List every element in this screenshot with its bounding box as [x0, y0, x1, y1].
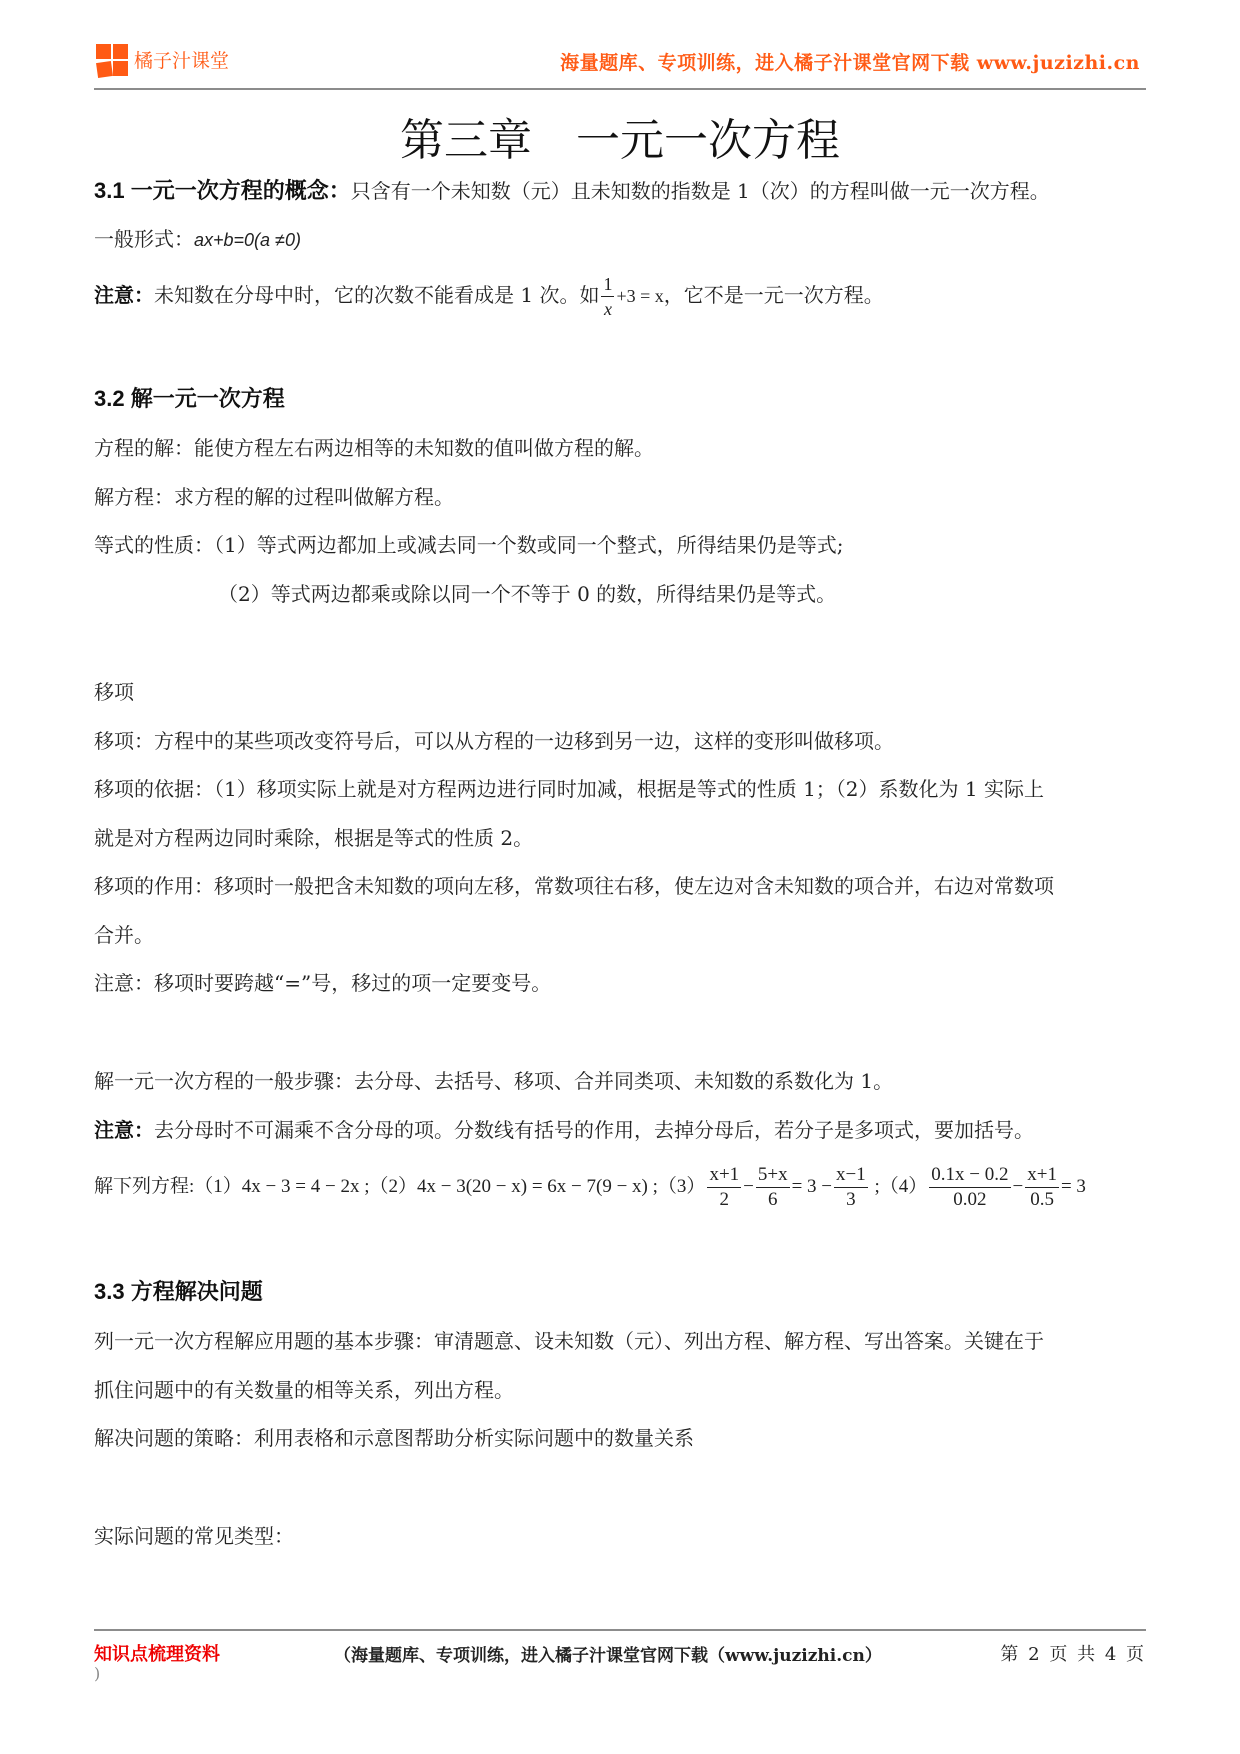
- exercise-3-fraction-2: 5+x6: [756, 1163, 790, 1212]
- logo-square: [113, 61, 128, 76]
- logo-square: [113, 44, 128, 59]
- exercise-4-fraction-1: 0.1x − 0.20.02: [929, 1163, 1010, 1212]
- section-3-1-heading: 3.1 一元一次方程的概念：: [94, 178, 351, 203]
- fraction-1-over-x: 1x: [601, 272, 614, 321]
- transpose-effect-1: 移项的作用：移项时一般把含未知数的项向左移，常数项往右移，使左边对含未知数的项合…: [94, 871, 1054, 901]
- total-pages: 4: [1105, 1644, 1116, 1665]
- section-3-3-heading: 3.3 方程解决问题: [94, 1279, 263, 1304]
- problem-types: 实际问题的常见类型：: [94, 1521, 294, 1551]
- exercise-4-tail: = 3: [1061, 1176, 1086, 1197]
- solution-definition: 方程的解：能使方程左右两边相等的未知数的值叫做方程的解。: [94, 433, 654, 463]
- note-text: 未知数在分母中时，它的次数不能看成是 1 次。如: [154, 283, 599, 307]
- exercise-3-number: （3）: [658, 1176, 706, 1197]
- exercise-3-middle: = 3 −: [792, 1176, 832, 1197]
- section-3-3-line: 3.3 方程解决问题: [94, 1277, 263, 1307]
- concept-definition: 只含有一个未知数（元）且未知数的指数是 1（次）的方程叫做一元一次方程。: [351, 179, 1050, 203]
- concept-line: 3.1 一元一次方程的概念：只含有一个未知数（元）且未知数的指数是 1（次）的方…: [94, 176, 1050, 206]
- transpose-note: 注意：移项时要跨越“=”号，移过的项一定要变号。: [94, 968, 551, 998]
- transpose-definition: 移项：方程中的某些项改变符号后，可以从方程的一边移到另一边，这样的变形叫做移项。: [94, 726, 894, 756]
- exercise-line: 解下列方程:（1）4x − 3 = 4 − 2x ;（2）4x − 3(20 −…: [94, 1162, 1086, 1212]
- exercise-4-number: （4）: [880, 1176, 928, 1197]
- solve-definition: 解方程：求方程的解的过程叫做解方程。: [94, 482, 454, 512]
- strategy: 解决问题的策略：利用表格和示意图帮助分析实际问题中的数量关系: [94, 1423, 694, 1453]
- page-indicator: 第 2 页 共 4 页: [1000, 1640, 1144, 1666]
- exercise-4-fraction-2: x+10.5: [1025, 1163, 1059, 1212]
- transpose-basis-2: 就是对方程两边同时乘除，根据是等式的性质 2。: [94, 823, 533, 853]
- exercise-label: 解下列方程:: [94, 1176, 194, 1197]
- section-3-2-heading: 3.2 解一元一次方程: [94, 386, 285, 411]
- transpose-basis-1: 移项的依据：（1）移项实际上就是对方程两边进行同时加减，根据是等式的性质 1；（…: [94, 774, 1044, 804]
- note-label: 注意：: [94, 285, 154, 307]
- brand-logo-icon: [96, 44, 130, 78]
- header-slogan: 海量题库、专项训练，进入橘子汁课堂官网下载 www.juzizhi.cn: [560, 48, 1140, 75]
- property-line-1: 等式的性质：（1）等式两边都加上或减去同一个数或同一个整式，所得结果仍是等式;: [94, 530, 843, 560]
- application-steps-1: 列一元一次方程解应用题的基本步骤：审清题意、设未知数（元）、列出方程、解方程、写…: [94, 1326, 1044, 1356]
- property-2: （2）等式两边都乘或除以同一个不等于 0 的数，所得结果仍是等式。: [218, 579, 836, 609]
- note-line: 注意：未知数在分母中时，它的次数不能看成是 1 次。如1x+3 = x，它不是一…: [94, 272, 884, 321]
- steps-note-label: 注意：: [94, 1120, 154, 1142]
- header-divider: [94, 88, 1146, 90]
- general-form-label: 一般形式：: [94, 227, 194, 251]
- application-steps-2: 抓住问题中的有关数量的相等关系，列出方程。: [94, 1375, 514, 1405]
- steps-note: 去分母时不可漏乘不含分母的项。分数线有括号的作用，去掉分母后，若分子是多项式，要…: [154, 1118, 1034, 1142]
- exercise-2-expression: 4x − 3(20 − x) = 6x − 7(9 − x): [417, 1176, 648, 1197]
- section-3-2-line: 3.2 解一元一次方程: [94, 384, 285, 414]
- footer-trailing-paren: ): [94, 1664, 100, 1683]
- steps-note-line: 注意：去分母时不可漏乘不含分母的项。分数线有括号的作用，去掉分母后，若分子是多项…: [94, 1115, 1034, 1146]
- footer-slogan: （海量题库、专项训练，进入橘子汁课堂官网下载（www.juzizhi.cn）: [334, 1641, 882, 1666]
- logo-square: [96, 61, 113, 78]
- exercise-1-number: （1）: [194, 1176, 242, 1197]
- exercise-2-number: （2）: [369, 1176, 417, 1197]
- property-1: （1）等式两边都加上或减去同一个数或同一个整式，所得结果仍是等式;: [214, 533, 843, 557]
- exercise-3-fraction-3: x−13: [834, 1163, 868, 1212]
- footer-divider: [94, 1629, 1146, 1631]
- exercise-1-expression: 4x − 3 = 4 − 2x: [242, 1176, 360, 1197]
- note-equation-rest: +3 = x: [616, 286, 663, 306]
- general-form-line: 一般形式：ax+b=0(a ≠0): [94, 224, 301, 255]
- note-tail: ，它不是一元一次方程。: [664, 283, 884, 307]
- exercise-3-fraction-1: x+12: [707, 1163, 741, 1212]
- logo-square: [96, 44, 111, 59]
- current-page: 2: [1028, 1644, 1039, 1665]
- brand-name: 橘子汁课堂: [134, 46, 229, 73]
- transpose-heading: 移项: [94, 677, 134, 707]
- general-form-formula: ax+b=0(a ≠0): [194, 230, 301, 250]
- chapter-title: 第三章 一元一次方程: [0, 104, 1240, 168]
- transpose-effect-2: 合并。: [94, 920, 154, 950]
- solving-steps: 解一元一次方程的一般步骤：去分母、去括号、移项、合并同类项、未知数的系数化为 1…: [94, 1066, 893, 1096]
- footer-doc-type: 知识点梳理资料: [94, 1640, 220, 1666]
- property-label: 等式的性质：: [94, 533, 214, 557]
